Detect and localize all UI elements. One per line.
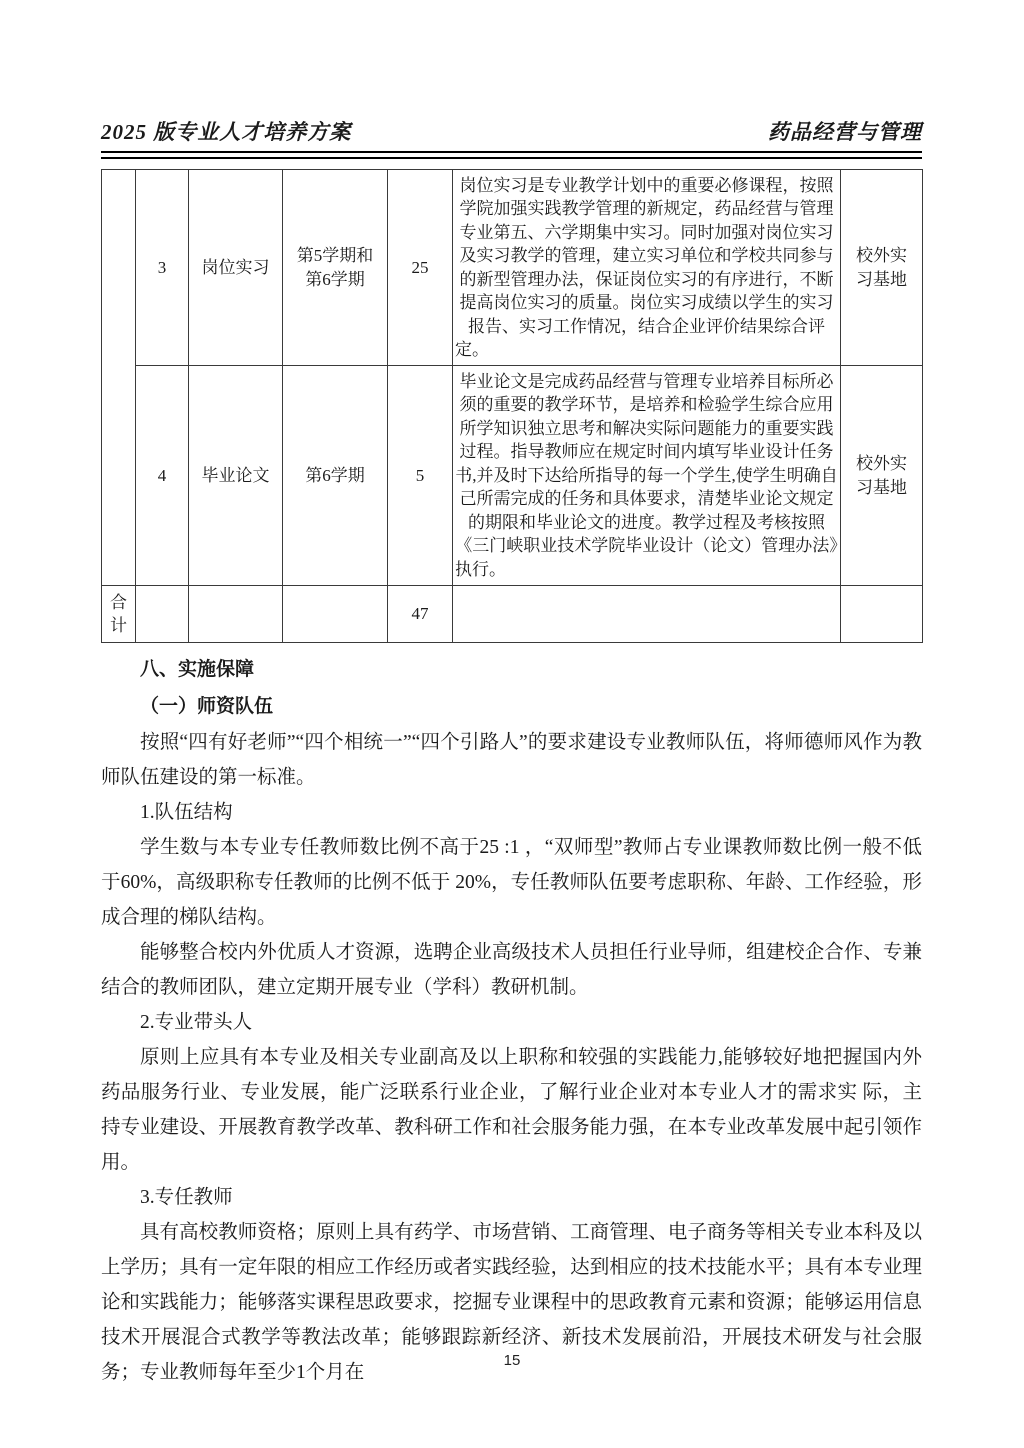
subsection-heading: （一）师资队伍 <box>101 688 922 725</box>
row-number-cell: 3 <box>136 170 189 366</box>
header-left-title: 2025 版专业人才培养方案 <box>101 116 351 146</box>
header-double-rule <box>101 151 922 159</box>
paragraph: 能够整合校内外优质人才资源，选聘企业高级技术人员担任行业导师，组建校企合作、专兼… <box>101 935 922 1005</box>
table-row: 4 毕业论文 第6学期 5 毕业论文是完成药品经营与管理专业培养目标所必须的重要… <box>102 366 923 586</box>
body-sections: 八、实施保障 （一）师资队伍 按照“四有好老师”“四个相统一”“四个引路人”的要… <box>101 651 922 1390</box>
empty-cell <box>189 586 283 643</box>
table-row: 3 岗位实习 第5学期和 第6学期 25 岗位实习是专业教学计划中的重要必修课程… <box>102 170 923 366</box>
practice-course-table: 3 岗位实习 第5学期和 第6学期 25 岗位实习是专业教学计划中的重要必修课程… <box>101 169 923 643</box>
empty-cell <box>453 586 841 643</box>
section-heading: 八、实施保障 <box>101 651 922 688</box>
semester-cell: 第5学期和 第6学期 <box>283 170 388 366</box>
credits-cell: 5 <box>388 366 453 586</box>
document-page: { "header": { "left": "2025 版专业人才培养方案", … <box>0 0 1024 1448</box>
paragraph: 原则上应具有本专业及相关专业副高及以上职称和较强的实践能力,能够较好地把握国内外… <box>101 1040 922 1180</box>
course-name-cell: 毕业论文 <box>189 366 283 586</box>
empty-cell <box>283 586 388 643</box>
venue-cell: 校外实 习基地 <box>841 366 923 586</box>
total-credits-cell: 47 <box>388 586 453 643</box>
venue-cell: 校外实 习基地 <box>841 170 923 366</box>
row-number-cell: 4 <box>136 366 189 586</box>
table-total-row: 合 计 47 <box>102 586 923 643</box>
paragraph: 按照“四有好老师”“四个相统一”“四个引路人”的要求建设专业教师队伍，将师德师风… <box>101 725 922 795</box>
empty-cell <box>841 586 923 643</box>
page-number: 15 <box>0 1352 1024 1369</box>
description-cell: 毕业论文是完成药品经营与管理专业培养目标所必须的重要的教学环节，是培养和检验学生… <box>453 366 841 586</box>
group-cell <box>102 170 136 586</box>
page-header: 2025 版专业人才培养方案 药品经营与管理 <box>101 116 922 146</box>
list-item-heading: 2.专业带头人 <box>101 1005 922 1040</box>
empty-cell <box>136 586 189 643</box>
header-right-title: 药品经营与管理 <box>768 116 922 146</box>
list-item-heading: 1.队伍结构 <box>101 795 922 830</box>
paragraph: 学生数与本专业专任教师数比例不高于25 :1 ，“双师型”教师占专业课教师数比例… <box>101 830 922 935</box>
description-cell: 岗位实习是专业教学计划中的重要必修课程，按照学院加强实践教学管理的新规定，药品经… <box>453 170 841 366</box>
page-content: 2025 版专业人才培养方案 药品经营与管理 3 岗位实习 第5学期和 第6学期… <box>101 116 922 1390</box>
total-label-cell: 合 计 <box>102 586 136 643</box>
course-name-cell: 岗位实习 <box>189 170 283 366</box>
list-item-heading: 3.专任教师 <box>101 1180 922 1215</box>
semester-cell: 第6学期 <box>283 366 388 586</box>
credits-cell: 25 <box>388 170 453 366</box>
